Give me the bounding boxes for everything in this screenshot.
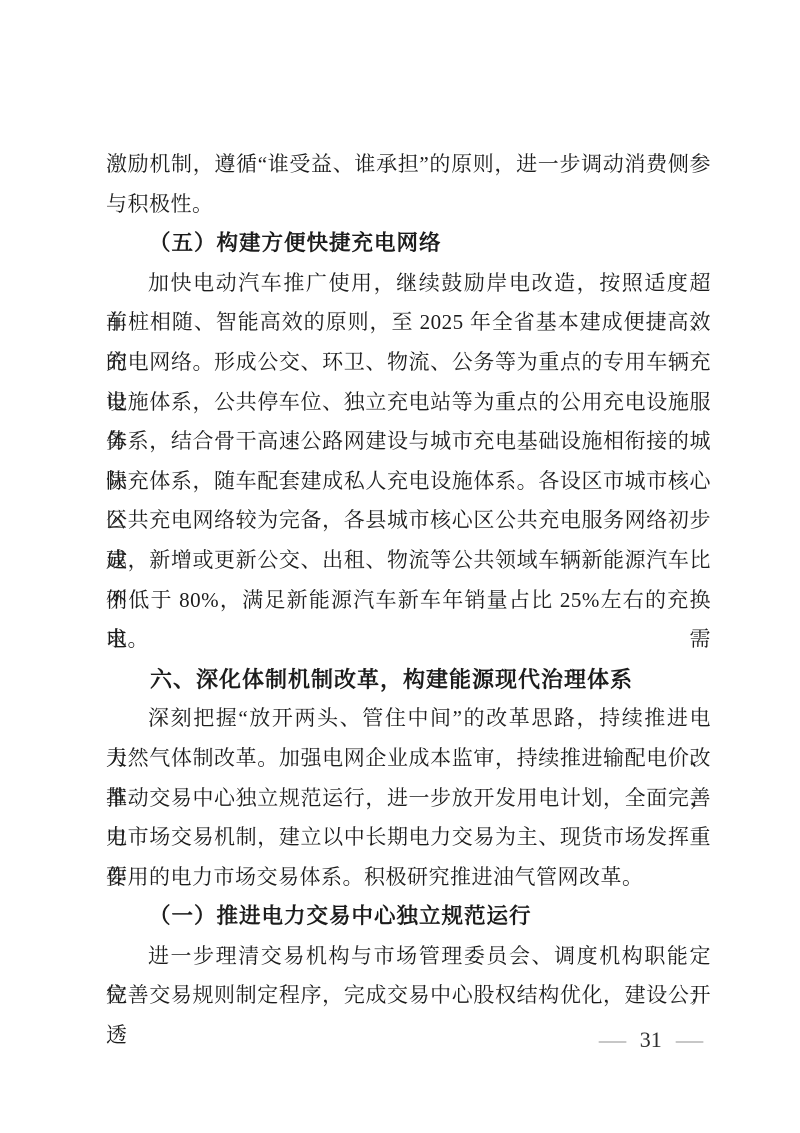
section-heading-6: 六、深化体制机制改革，构建能源现代治理体系 — [106, 660, 711, 700]
subsection-heading-1: （一）推进电力交易中心独立规范运行 — [106, 897, 711, 937]
paragraph-line: 成，新增或更新公交、出租、物流等公共领域车辆新能源汽车比例 — [106, 541, 711, 581]
document-page: 激励机制，遵循“谁受益、谁承担”的原则，进一步调动消费侧参 与积极性。 （五）构… — [0, 0, 800, 1133]
paragraph-line: 体系，结合骨干高速公路网建设与城市充电基础设施相衔接的城际 — [106, 422, 711, 462]
paragraph-line: 作用的电力市场交易体系。积极研究推进油气管网改革。 — [106, 858, 711, 898]
page-footer: — 31 — — [602, 1026, 701, 1054]
paragraph-line: 不低于 80%，满足新能源汽车新车年销量占比 25%左右的充换电需 — [106, 581, 711, 621]
paragraph-line: 天然气体制改革。加强电网企业成本监审，持续推进输配电价改革， — [106, 739, 711, 779]
page-number-dash-right: — — [676, 1026, 703, 1054]
paragraph-line: 充电网络。形成公交、环卫、物流、公务等为重点的专用车辆充电 — [106, 343, 711, 383]
paragraph-line: 深刻把握“放开两头、管住中间”的改革思路，持续推进电力、 — [106, 699, 711, 739]
paragraph-line: 设施体系，公共停车位、独立充电站等为重点的公用充电设施服务 — [106, 383, 711, 423]
paragraph-line: 力市场交易机制，建立以中长期电力交易为主、现货市场发挥重要 — [106, 818, 711, 858]
paragraph-line: 与积极性。 — [106, 185, 711, 225]
document-text-block: 激励机制，遵循“谁受益、谁承担”的原则，进一步调动消费侧参 与积极性。 （五）构… — [106, 145, 711, 1016]
page-number-dash-left: — — [598, 1026, 625, 1054]
page-number-value: 31 — [640, 1027, 662, 1052]
paragraph-line: 完善交易规则制定程序，完成交易中心股权结构优化，建设公开透 — [106, 976, 711, 1016]
paragraph-line: 快充体系，随车配套建成私人充电设施体系。各设区市城市核心区 — [106, 462, 711, 502]
paragraph-line: 车桩相随、智能高效的原则，至 2025 年全省基本建成便捷高效的 — [106, 303, 711, 343]
paragraph-line: 公共充电网络较为完备，各县城市核心区公共充电服务网络初步建 — [106, 501, 711, 541]
paragraph-line: 激励机制，遵循“谁受益、谁承担”的原则，进一步调动消费侧参 — [106, 145, 711, 185]
paragraph-line: 进一步理清交易机构与市场管理委员会、调度机构职能定位； — [106, 937, 711, 977]
paragraph-line: 推动交易中心独立规范运行，进一步放开发用电计划，全面完善电 — [106, 779, 711, 819]
subsection-heading-5: （五）构建方便快捷充电网络 — [106, 224, 711, 264]
paragraph-line: 加快电动汽车推广使用，继续鼓励岸电改造，按照适度超前、 — [106, 264, 711, 304]
